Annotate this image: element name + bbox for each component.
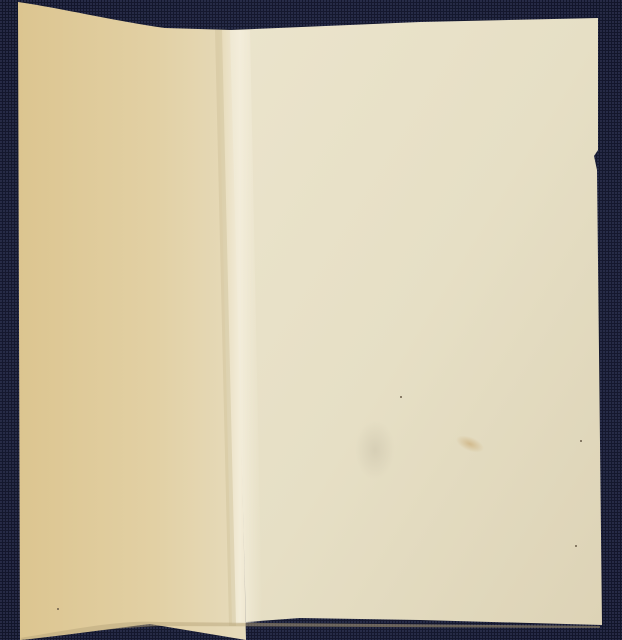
paper-speck bbox=[580, 440, 582, 442]
paper-speck bbox=[575, 545, 577, 547]
paper-shape bbox=[0, 0, 622, 640]
paper-sheet bbox=[0, 0, 622, 640]
paper-smudge bbox=[355, 420, 395, 480]
photo-scene bbox=[0, 0, 622, 640]
paper-speck bbox=[57, 608, 59, 610]
paper-speck bbox=[400, 396, 402, 398]
